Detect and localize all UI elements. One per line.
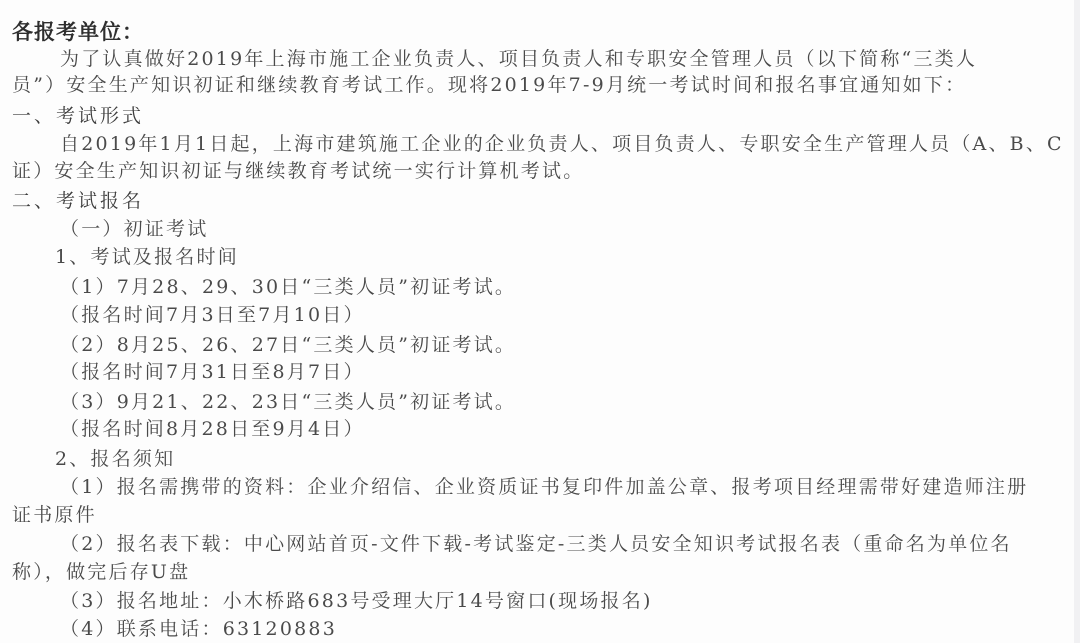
section1-body-line-2: 证）安全生产知识初证与继续教育考试统一实行计算机考试。 (12, 159, 584, 183)
page-edge-shadow (1074, 0, 1080, 643)
session-2-exam: （2）8月25、26、27日“三类人员”初证考试。 (60, 333, 516, 357)
intro-line-1: 为了认真做好2019年上海市施工企业负责人、项目负责人和专职安全管理人员（以下简… (60, 47, 977, 71)
session-3-registration: （报名时间8月28日至9月4日） (60, 417, 365, 441)
session-1-exam: （1）7月28、29、30日“三类人员”初证考试。 (60, 275, 516, 299)
intro-line-2: 员”）安全生产知识初证和继续教育考试工作。现将2019年7-9月统一考试时间和报… (12, 73, 966, 97)
section1-body-line-1: 自2019年1月1日起，上海市建筑施工企业的企业负责人、项目负责人、专职安全生产… (60, 132, 1064, 156)
note-2-line-2: 称），做完后存U盘 (12, 560, 190, 584)
note-2-line-1: （2）报名表下载：中心网站首页-文件下载-考试鉴定-三类人员安全知识考试报名表（… (60, 532, 1012, 556)
note-3-address: （3）报名地址：小木桥路683号受理大厅14号窗口(现场报名) (60, 589, 653, 613)
item2-heading: 2、报名须知 (55, 447, 175, 471)
section2-subheading: （一）初证考试 (60, 217, 208, 241)
section2-heading: 二、考试报名 (12, 189, 144, 213)
section1-heading: 一、考试形式 (12, 104, 144, 128)
note-1-line-2: 证书原件 (12, 503, 97, 527)
note-4-phone: （4）联系电话：63120883 (60, 617, 337, 641)
session-1-registration: （报名时间7月3日至7月10日） (60, 303, 365, 327)
note-1-line-1: （1）报名需携带的资料：企业介绍信、企业资质证书复印件加盖公章、报考项目经理需带… (60, 475, 1028, 499)
session-2-registration: （报名时间7月31日至8月7日） (60, 360, 365, 384)
session-3-exam: （3）9月21、22、23日“三类人员”初证考试。 (60, 390, 516, 414)
item1-heading: 1、考试及报名时间 (55, 245, 239, 269)
salutation: 各报考单位： (12, 20, 144, 44)
